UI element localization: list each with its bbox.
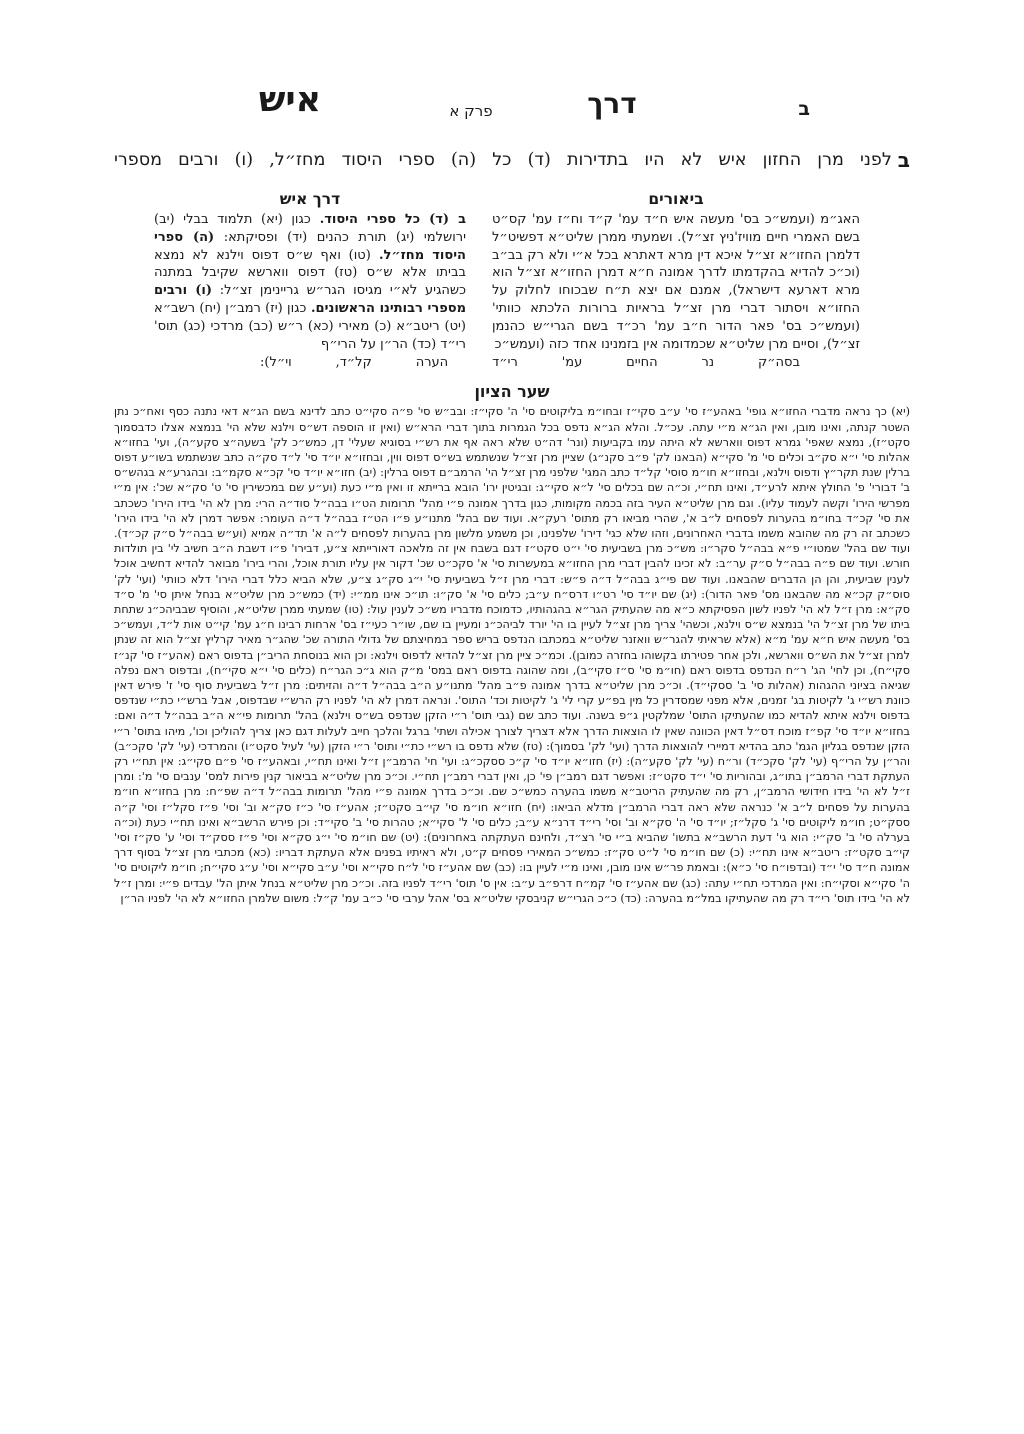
main-text-body: לפני מרן החזון איש לא היו בתדירות (ד) כל… (114, 148, 892, 172)
biurim-continuation-line: בסה״ק נר החיים עמ' רי״ד הערה קל״ד, וי״ל)… (260, 354, 800, 372)
chapter-label: פרק א (449, 102, 492, 120)
page-content: ב דרך פרק א איש ב לפני מרן החזון איש לא … (114, 0, 910, 906)
book-title-left: איש (259, 79, 321, 120)
shaar-hatziyun-text: (יא) כך נראה מדברי החזו״א גופי' באהע״ז ס… (114, 404, 910, 906)
masthead: ב דרך פרק א איש (114, 80, 910, 120)
main-text-line: ב לפני מרן החזון איש לא היו בתדירות (ד) … (114, 148, 910, 172)
derech-ish-text: ב (ד) כל ספרי היסוד. כגון (יא) תלמוד בבל… (154, 211, 466, 353)
shaar-hatziyun-header: שער הציון (114, 382, 910, 402)
biurim-header: ביאורים (492, 190, 860, 208)
commentary-columns: ביאורים האג״מ (ועמש״כ בס' מעשה איש ח״ד ע… (114, 190, 910, 353)
book-title-right: דרך (587, 87, 637, 120)
column-biurim: ביאורים האג״מ (ועמש״כ בס' מעשה איש ח״ד ע… (492, 190, 860, 353)
biurim-text: האג״מ (ועמש״כ בס' מעשה איש ח״ד עמ' ק״ד ו… (492, 211, 860, 353)
derech-ish-header: דרך איש (154, 190, 466, 208)
sefer-page: ב דרך פרק א איש ב לפני מרן החזון איש לא … (0, 0, 1024, 1434)
column-derech-ish: דרך איש ב (ד) כל ספרי היסוד. כגון (יא) ת… (154, 190, 466, 353)
halacha-initial-letter: ב (892, 148, 910, 172)
page-number: ב (798, 98, 810, 120)
dibbur-hamatchil: ב (ד) כל ספרי היסוד. (311, 212, 466, 227)
